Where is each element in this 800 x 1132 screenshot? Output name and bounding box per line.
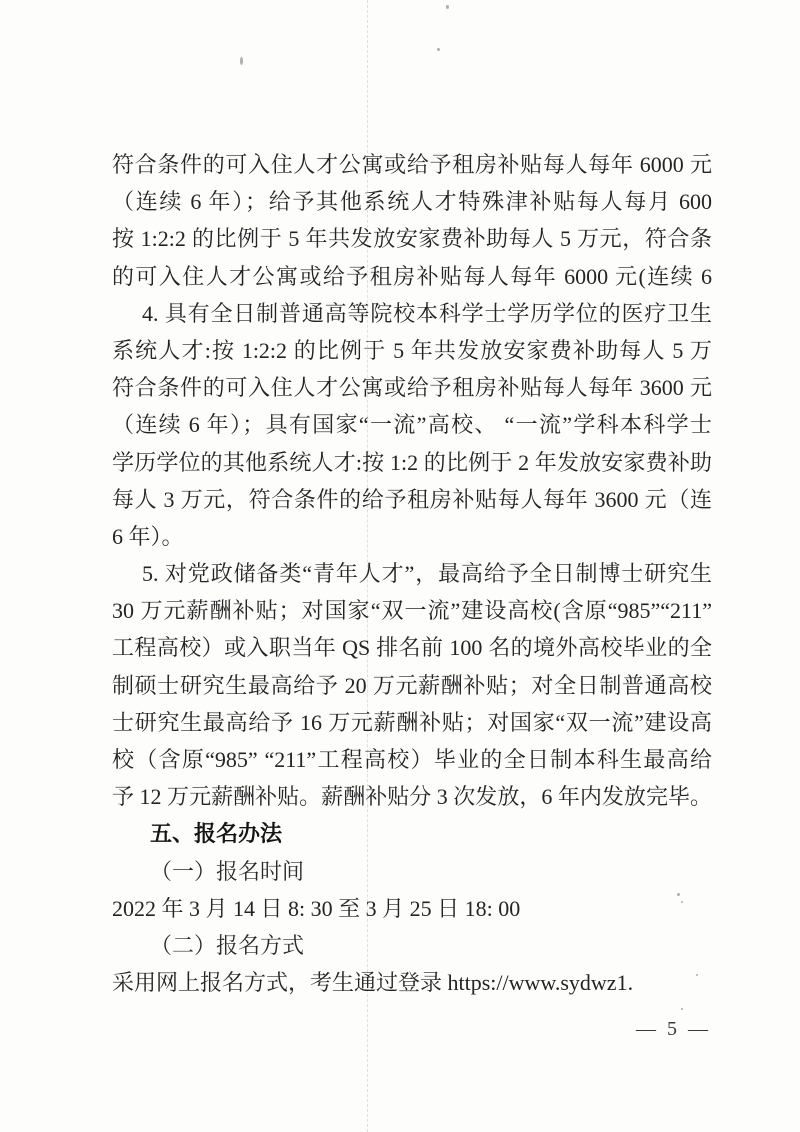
text-line: 工程高校）或入职当年 QS 排名前 100 名的境外高校毕业的全日 [112, 629, 712, 666]
text-line-item-5: 5. 对党政储备类“青年人才”，最高给予全日制博士研究生 [112, 555, 712, 592]
text-line: 的可入住人才公寓或给予租房补贴每人每年 6000 元(连续 6 年)。 [112, 258, 712, 295]
text-line: 学历学位的其他系统人才:按 1:2 的比例于 2 年发放安家费补助 [112, 444, 712, 481]
page-number: — 5 — [636, 1018, 711, 1041]
registration-url-line: 采用网上报名方式，考生通过登录 https://www.sydwz1. [112, 964, 712, 1001]
document-page: 符合条件的可入住人才公寓或给予租房补贴每人每年 6000 元 （连续 6 年）；… [0, 0, 800, 1132]
text-line-item-4: 4. 具有全日制普通高等院校本科学士学历学位的医疗卫生 [112, 295, 712, 332]
text-line: 符合条件的可入住人才公寓或给予租房补贴每人每年 3600 元 [112, 369, 712, 406]
scan-speck [240, 57, 243, 65]
text-line: 予 12 万元薪酬补贴。薪酬补贴分 3 次发放，6 年内发放完毕。 [112, 778, 712, 815]
subsection-heading: （一）报名时间 [112, 853, 712, 890]
scan-speck [437, 48, 440, 51]
scan-speck [681, 1008, 683, 1010]
text-line: 士研究生最高给予 16 万元薪酬补贴；对国家“双一流”建设高 [112, 704, 712, 741]
text-line: （连续 6 年）；具有国家“一流”高校、 “一流”学科本科学士 [112, 406, 712, 443]
text-line: 30 万元薪酬补贴；对国家“双一流”建设高校(含原“985”“211” [112, 592, 712, 629]
text-line: 6 年）。 [112, 518, 712, 555]
subsection-heading: （二）报名方式 [112, 927, 712, 964]
text-line: 制硕士研究生最高给予 20 万元薪酬补贴；对全日制普通高校硕 [112, 667, 712, 704]
text-line: （连续 6 年）；给予其他系统人才特殊津补贴每人每月 600 元， [112, 183, 712, 220]
text-line: 校（含原“985” “211”工程高校）毕业的全日制本科生最高给 [112, 741, 712, 778]
text-line: 系统人才:按 1:2:2 的比例于 5 年共发放安家费补助每人 5 万元， [112, 332, 712, 369]
section-heading: 五、报名办法 [112, 815, 712, 852]
text-line: 符合条件的可入住人才公寓或给予租房补贴每人每年 6000 元 [112, 146, 712, 183]
document-body: 符合条件的可入住人才公寓或给予租房补贴每人每年 6000 元 （连续 6 年）；… [112, 146, 712, 1001]
scan-speck [446, 5, 449, 9]
text-line: 按 1:2:2 的比例于 5 年共发放安家费补助每人 5 万元，符合条件 [112, 220, 712, 257]
text-line: 每人 3 万元，符合条件的给予租房补贴每人每年 3600 元（连续 [112, 481, 712, 518]
registration-time-line: 2022 年 3 月 14 日 8: 30 至 3 月 25 日 18: 00 [112, 890, 712, 927]
